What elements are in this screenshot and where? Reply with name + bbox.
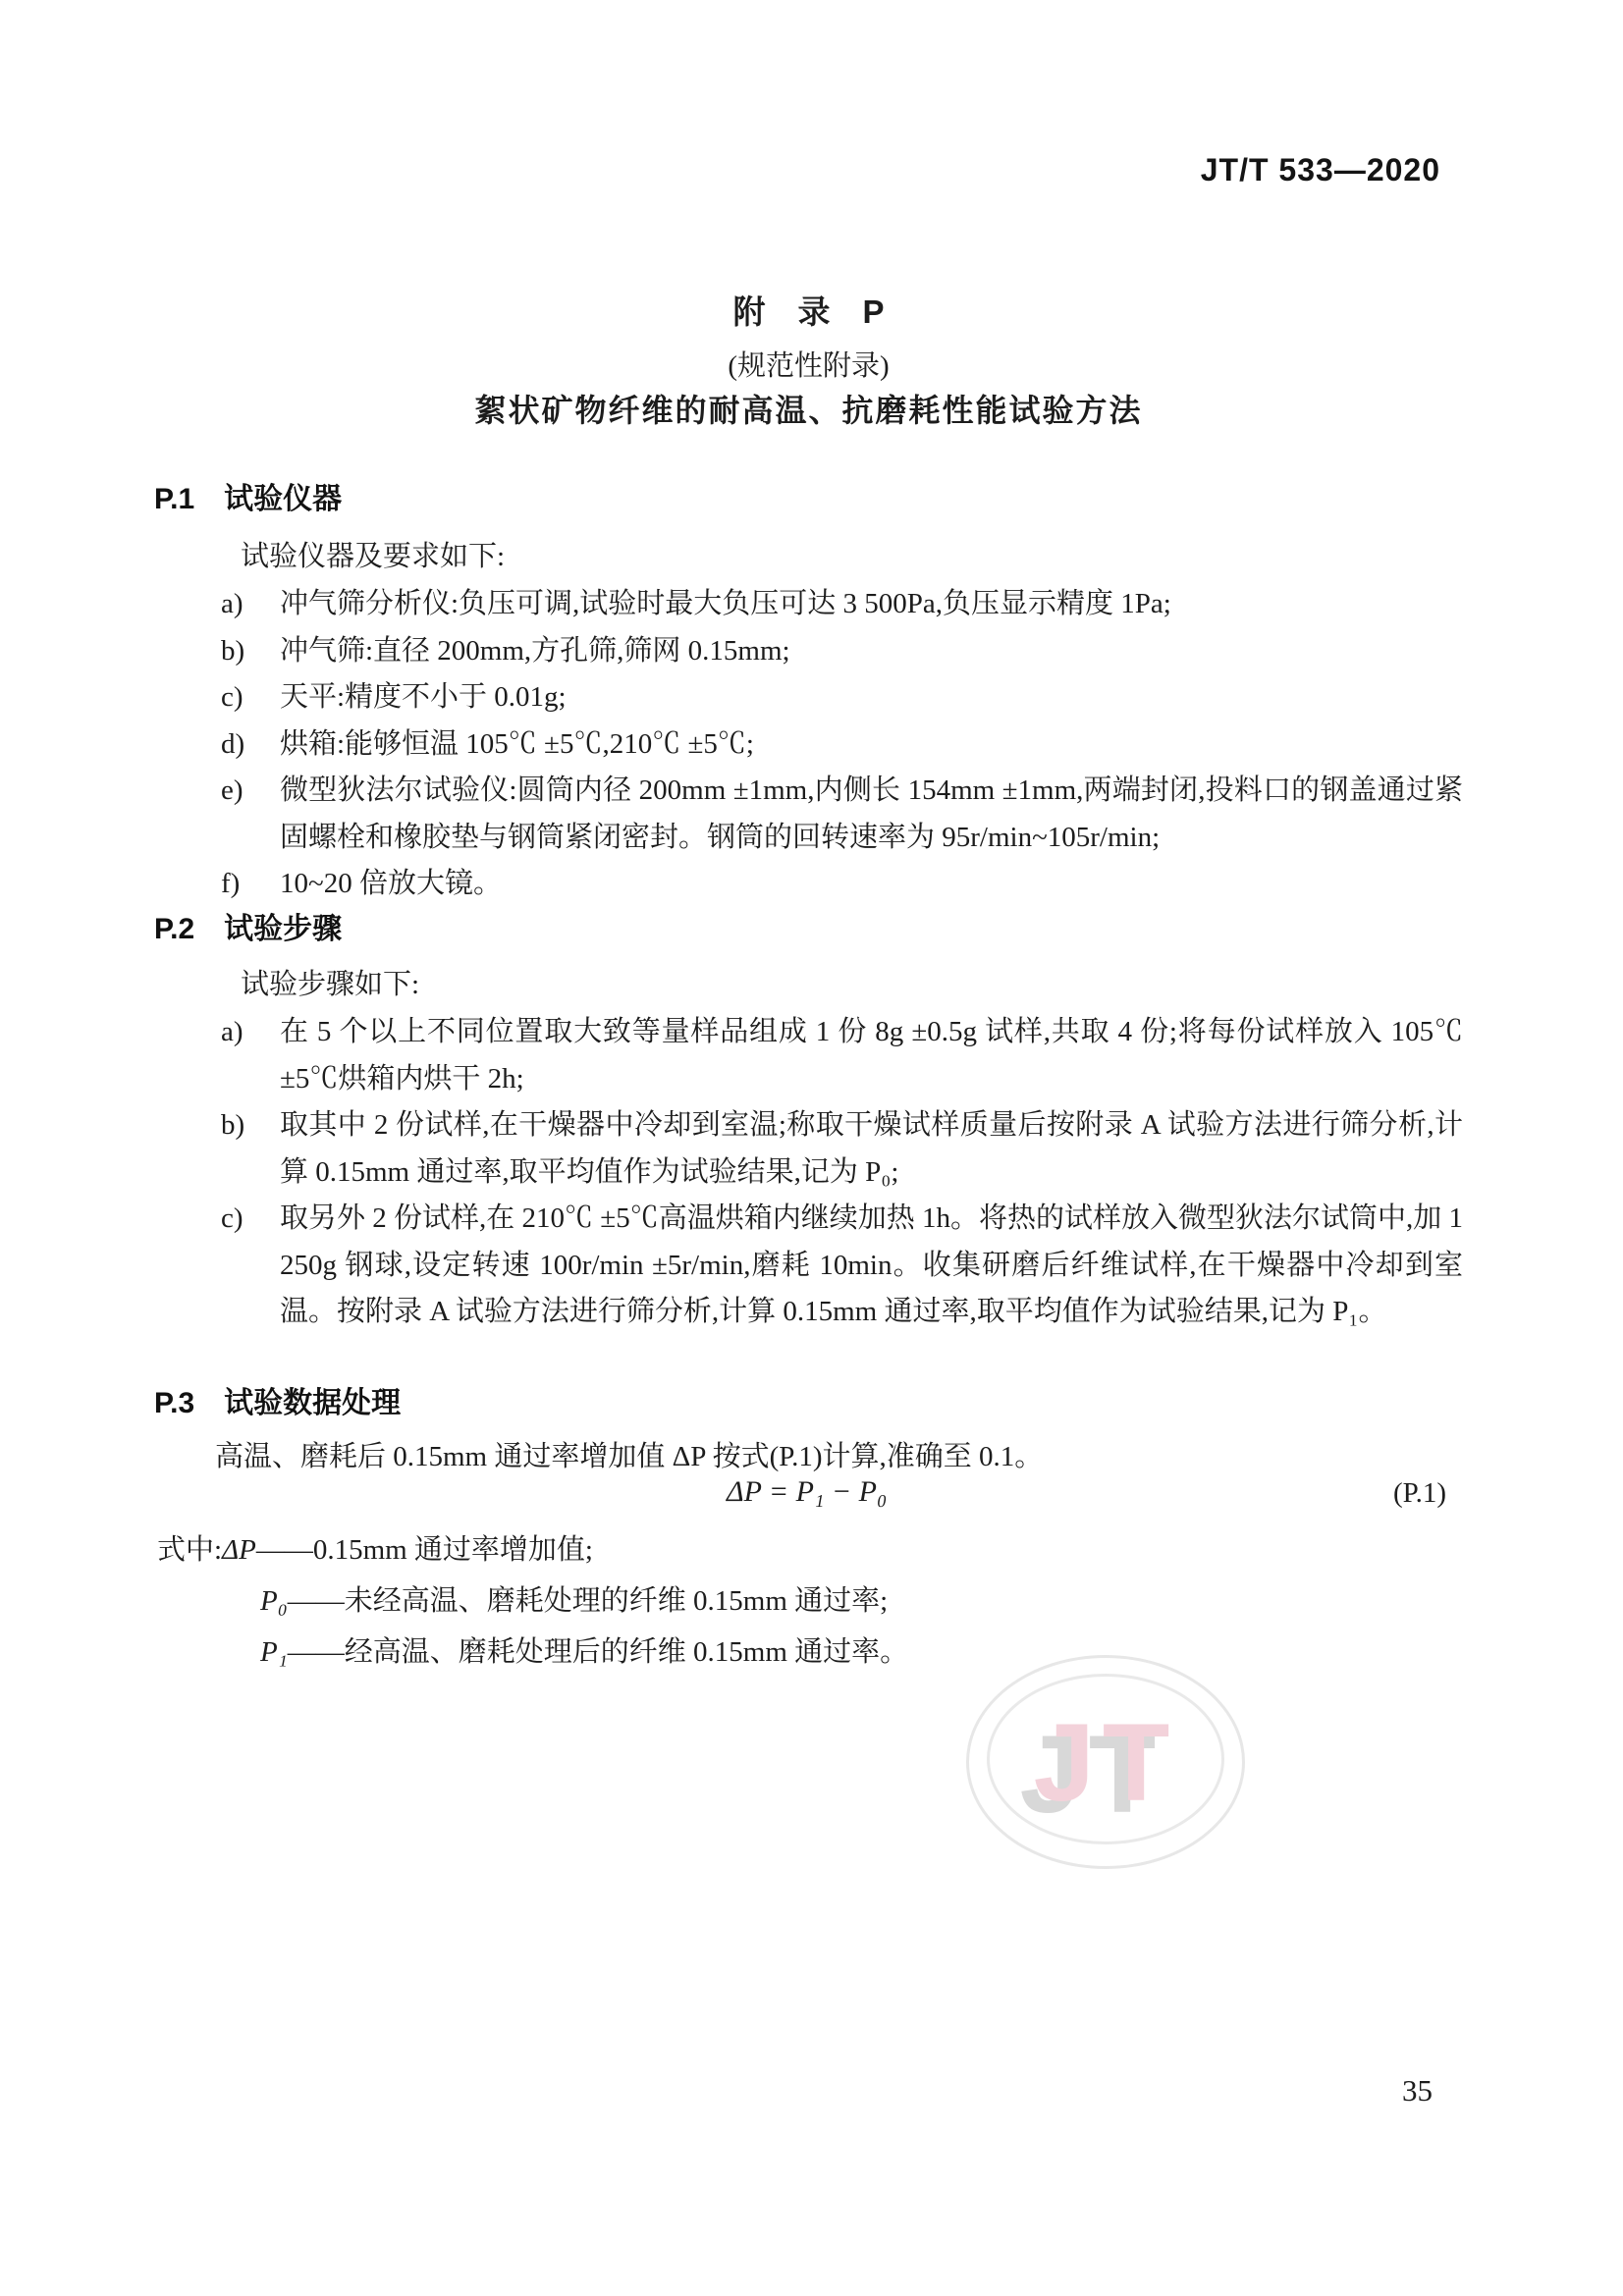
definition-term: P₁ — [260, 1636, 288, 1668]
list-item-text: 在 5 个以上不同位置取大致等量样品组成 1 份 8g ±0.5g 试样,共取 … — [280, 1016, 1463, 1095]
list-item: e) 微型狄法尔试验仪:圆筒内径 200mm ±1mm,内侧长 154mm ±1… — [154, 768, 1463, 861]
watermark-text: JT — [1034, 1699, 1178, 1826]
list-item-marker: b) — [221, 1102, 244, 1149]
section-p2-list: a) 在 5 个以上不同位置取大致等量样品组成 1 份 8g ±0.5g 试样,… — [154, 1009, 1463, 1336]
watermark-letters: JT JT — [966, 1655, 1245, 1869]
list-item: c) 天平:精度不小于 0.01g; — [154, 674, 1463, 721]
definition-row: P₀——未经高温、磨耗处理的纤维 0.15mm 通过率; — [260, 1578, 888, 1619]
standard-code-header: JT/T 533—2020 — [1201, 152, 1440, 188]
list-item-text: 冲气筛分析仪:负压可调,试验时最大负压可达 3 500Pa,负压显示精度 1Pa… — [280, 588, 1171, 619]
list-item: a) 在 5 个以上不同位置取大致等量样品组成 1 份 8g ±0.5g 试样,… — [154, 1009, 1463, 1102]
appendix-type: (规范性附录) — [154, 344, 1463, 384]
section-p3-heading: P.3试验数据处理 — [154, 1378, 401, 1421]
section-p1-heading: P.1试验仪器 — [154, 474, 342, 517]
list-item: f) 10~20 倍放大镜。 — [154, 861, 1463, 908]
list-item-marker: f) — [221, 861, 240, 908]
section-p3-paragraph: 高温、磨耗后 0.15mm 通过率增加值 ΔP 按式(P.1)计算,准确至 0.… — [154, 1434, 1463, 1474]
section-p2-intro: 试验步骤如下: — [241, 962, 419, 1002]
list-item-text: 冲气筛:直径 200mm,方孔筛,筛网 0.15mm; — [280, 635, 790, 667]
definition-row: 式中:ΔP——0.15mm 通过率增加值; — [157, 1527, 593, 1568]
list-item-text: 取其中 2 份试样,在干燥器中冷却到室温;称取干燥试样质量后按附录 A 试验方法… — [280, 1109, 1463, 1188]
appendix-title: 絮状矿物纤维的耐高温、抗磨耗性能试验方法 — [154, 386, 1463, 431]
section-p3-title: 试验数据处理 — [224, 1387, 401, 1419]
section-p2-heading: P.2试验步骤 — [154, 904, 342, 947]
definition-row: P₁——经高温、磨耗处理后的纤维 0.15mm 通过率。 — [260, 1629, 908, 1670]
list-item-marker: c) — [221, 1196, 243, 1243]
definition-desc: ——经高温、磨耗处理后的纤维 0.15mm 通过率。 — [288, 1636, 908, 1668]
page-number: 35 — [1402, 2073, 1433, 2109]
list-item-text: 微型狄法尔试验仪:圆筒内径 200mm ±1mm,内侧长 154mm ±1mm,… — [280, 774, 1463, 853]
section-p2-title: 试验步骤 — [224, 913, 342, 945]
section-p2-number: P.2 — [154, 913, 194, 945]
definition-desc: ——未经高温、磨耗处理的纤维 0.15mm 通过率; — [288, 1585, 888, 1617]
list-item: b) 取其中 2 份试样,在干燥器中冷却到室温;称取干燥试样质量后按附录 A 试… — [154, 1102, 1463, 1196]
formula-row: ΔP = P₁ − P₀ (P.1) — [154, 1475, 1463, 1519]
appendix-label: 附 录 P — [154, 287, 1463, 333]
definition-term: ΔP — [222, 1534, 256, 1566]
section-p1-number: P.1 — [154, 483, 194, 515]
section-p1-list: a) 冲气筛分析仪:负压可调,试验时最大负压可达 3 500Pa,负压显示精度 … — [154, 581, 1463, 908]
list-item: d) 烘箱:能够恒温 105℃ ±5℃,210℃ ±5℃; — [154, 721, 1463, 769]
list-item: a) 冲气筛分析仪:负压可调,试验时最大负压可达 3 500Pa,负压显示精度 … — [154, 581, 1463, 628]
formula-expression: ΔP = P₁ − P₀ — [727, 1475, 887, 1509]
section-p1-title: 试验仪器 — [224, 483, 342, 515]
list-item-marker: b) — [221, 628, 244, 675]
list-item: b) 冲气筛:直径 200mm,方孔筛,筛网 0.15mm; — [154, 628, 1463, 675]
list-item-marker: d) — [221, 721, 244, 769]
definition-desc: ——0.15mm 通过率增加值; — [256, 1534, 593, 1566]
list-item-text: 天平:精度不小于 0.01g; — [280, 681, 567, 713]
document-page: JT/T 533—2020 附 录 P (规范性附录) 絮状矿物纤维的耐高温、抗… — [0, 0, 1623, 2296]
list-item: c) 取另外 2 份试样,在 210℃ ±5℃高温烘箱内继续加热 1h。将热的试… — [154, 1196, 1463, 1336]
list-item-marker: e) — [221, 768, 243, 815]
list-item-text: 烘箱:能够恒温 105℃ ±5℃,210℃ ±5℃; — [280, 728, 754, 760]
section-p3-number: P.3 — [154, 1387, 194, 1419]
list-item-marker: a) — [221, 1009, 243, 1056]
list-item-marker: a) — [221, 581, 243, 628]
where-prefix: 式中: — [157, 1534, 222, 1566]
list-item-text: 10~20 倍放大镜。 — [280, 868, 502, 899]
list-item-marker: c) — [221, 674, 243, 721]
formula-label: (P.1) — [1393, 1477, 1446, 1510]
definition-term: P₀ — [260, 1585, 288, 1617]
section-p1-intro: 试验仪器及要求如下: — [241, 534, 505, 574]
jt-watermark: JT JT — [966, 1655, 1245, 1869]
list-item-text: 取另外 2 份试样,在 210℃ ±5℃高温烘箱内继续加热 1h。将热的试样放入… — [280, 1202, 1463, 1327]
